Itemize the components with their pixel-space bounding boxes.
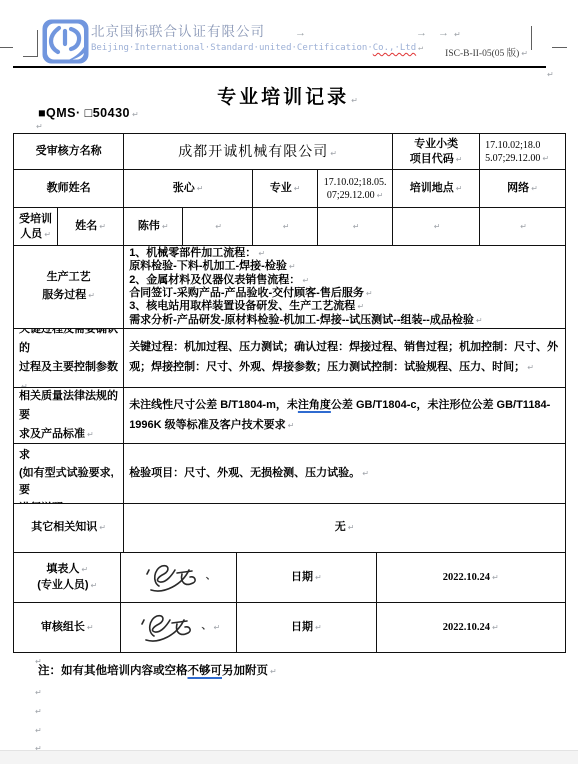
pilcrow-mark: ↵	[87, 623, 94, 632]
page-title: 专业培训记录↵	[0, 82, 578, 109]
trainee-empty-cell: ↵	[480, 208, 565, 245]
document-code: ISC-B-II-05(05 版)↵	[445, 45, 528, 59]
pilcrow-mark: ↵	[132, 110, 139, 119]
pilcrow-mark: ↵	[99, 523, 106, 532]
trainee-name-value: 陈伟↵	[124, 208, 183, 245]
audit-leader-label: 审核组长↵	[14, 603, 121, 652]
pilcrow-mark: ↵	[456, 155, 463, 164]
other-knowledge-label: 其它相关知识↵	[14, 504, 124, 552]
process-flow-content: 1、机械零部件加工流程：↵ 原料检验-下料-机加工-焊接-检验↵ 2、金属材料及…	[124, 246, 565, 328]
header-corner-mark-horizontal	[23, 56, 38, 57]
trainee-empty-cell: ↵	[318, 208, 393, 245]
table-row-audited-org: 受审核方名称 成都开诚机械有限公司↵ 专业小类 项目代码↵ 17.10.02;1…	[14, 134, 565, 170]
pilcrow-mark: ↵	[36, 122, 43, 131]
pilcrow-mark: ↵	[91, 581, 98, 590]
pilcrow-mark: ↵	[162, 222, 169, 231]
pilcrow-mark: ↵	[492, 623, 499, 632]
page-bottom-edge	[0, 750, 578, 764]
pilcrow-mark: ↵	[88, 291, 95, 300]
pilcrow-mark: ↵	[434, 221, 441, 233]
pilcrow-mark: ↵	[215, 221, 222, 233]
pilcrow-mark: ↵	[362, 469, 369, 478]
pilcrow-mark: ↵	[294, 184, 301, 193]
pilcrow-mark: ↵	[476, 316, 483, 325]
pilcrow-mark: ↵	[527, 363, 534, 372]
pilcrow-mark: ↵	[81, 565, 88, 574]
table-row-regulations: 相关质量法律法规的要求及产品标准↵ 未注线性尺寸公差 B/T1804-m，未注角…	[14, 388, 565, 444]
pilcrow-mark: ↵	[418, 43, 423, 52]
subcategory-code-label: 专业小类 项目代码↵	[393, 134, 480, 169]
pilcrow-mark: ↵	[289, 262, 296, 271]
table-row-teacher: 教师姓名 张心↵ 专业↵ 17.10.02;18.05. 07;29.12.00…	[14, 170, 565, 208]
tab-mark: →	[416, 27, 427, 39]
other-knowledge-content: 无↵	[124, 504, 565, 552]
spellcheck-underlined-text: 不够可	[188, 665, 223, 677]
audited-org-label: 受审核方名称	[14, 134, 124, 169]
major-label: 专业↵	[253, 170, 318, 207]
tab-mark: →	[438, 27, 449, 39]
spellcheck-underlined-text: 注角度	[298, 399, 331, 411]
pilcrow-mark: ↵	[87, 430, 94, 439]
major-code-value: 17.10.02;18.05. 07;29.12.00↵	[318, 170, 393, 207]
form-filler-date-label: 日期↵	[237, 553, 376, 602]
pilcrow-mark: ↵	[520, 221, 527, 233]
pilcrow-mark: ↵	[377, 191, 384, 200]
signature-comma: 、	[206, 570, 216, 585]
certification-logo-icon	[42, 19, 90, 65]
pilcrow-mark: ↵	[44, 230, 51, 239]
pilcrow-mark: ↵	[454, 30, 461, 39]
trainee-name-label: 姓名↵	[58, 208, 124, 245]
audit-leader-date-value: 2022.10.24↵	[377, 603, 565, 652]
left-margin-mark	[0, 47, 13, 48]
pilcrow-mark: ↵	[283, 221, 290, 233]
pilcrow-mark: ↵	[302, 276, 309, 285]
pilcrow-mark: ↵	[521, 49, 528, 58]
pilcrow-mark: ↵	[353, 221, 360, 233]
teacher-name-label: 教师姓名	[14, 170, 124, 207]
pilcrow-mark: ↵	[531, 184, 538, 193]
footer-note: 注：如有其他培训内容或空格不够可另加附页↵	[38, 662, 277, 678]
trainees-label: 受培训 人员↵	[14, 208, 58, 245]
process-flow-label: 生产工艺 服务过程↵	[14, 246, 124, 328]
pilcrow-mark: ↵	[35, 726, 42, 735]
form-filler-date-value: 2022.10.24↵	[377, 553, 565, 602]
pilcrow-mark: ↵	[197, 184, 204, 193]
right-margin-mark	[552, 47, 567, 48]
table-row-inspection: 检验和试验项目及要求(如有型式试验要求,要进行说明)↵ 检验项目：尺寸、外观、无…	[14, 444, 565, 504]
pilcrow-mark: ↵	[315, 623, 322, 632]
header-divider	[13, 66, 546, 68]
pilcrow-mark: ↵	[21, 382, 28, 387]
pilcrow-mark: ↵	[99, 222, 106, 231]
table-row-trainees: 受培训 人员↵ 姓名↵ 陈伟↵ ↵ ↵ ↵ ↵ ↵	[14, 208, 565, 246]
key-processes-content: 关键过程：机加过程、压力测试；确认过程：焊接过程、销售过程；机加控制：尺寸、外观…	[124, 329, 565, 387]
pilcrow-mark: ↵	[330, 149, 338, 158]
qms-checkbox-line: ■QMS· □50430↵	[38, 106, 139, 120]
teacher-name-value: 张心↵	[124, 170, 253, 207]
table-row-audit-leader: 审核组长↵ 、 ↵ 日期↵ 2022.10.24↵	[14, 603, 565, 652]
company-name-en: Beijing·International·Standard·united·Ce…	[91, 43, 423, 53]
pilcrow-mark: ↵	[258, 249, 265, 258]
pilcrow-mark: ↵	[357, 302, 364, 311]
form-filler-signature-cell: 、	[121, 553, 237, 602]
signature-scribble	[142, 561, 206, 595]
regulations-content: 未注线性尺寸公差 B/T1804-m，未注角度公差 GB/T1804-c，未注形…	[124, 388, 565, 443]
pilcrow-mark: ↵	[270, 667, 277, 676]
audited-org-value: 成都开诚机械有限公司↵	[124, 134, 393, 169]
regulations-label: 相关质量法律法规的要求及产品标准↵	[14, 388, 124, 443]
audit-leader-date-label: 日期↵	[237, 603, 376, 652]
table-row-other-knowledge: 其它相关知识↵ 无↵	[14, 504, 565, 553]
company-name-en-tail: Co.,·Ltd	[373, 43, 416, 53]
company-name-en-main: Beijing·International·Standard·united·Ce…	[91, 43, 373, 53]
audit-leader-signature-cell: 、 ↵	[121, 603, 237, 652]
company-logo	[42, 19, 90, 65]
form-filler-label: 填表人↵ (专业人员)↵	[14, 553, 121, 602]
pilcrow-mark: ↵	[351, 96, 361, 105]
table-row-form-filler: 填表人↵ (专业人员)↵ 、 日期↵ 2022.10.24↵	[14, 553, 565, 603]
pilcrow-mark: ↵	[35, 688, 42, 697]
trainee-empty-cell: ↵	[183, 208, 253, 245]
trainee-empty-cell: ↵	[253, 208, 318, 245]
subcategory-code-value: 17.10.02;18.0 5.07;29.12.00↵	[480, 134, 565, 169]
pilcrow-mark: ↵	[456, 184, 463, 193]
header-corner-mark-vertical	[37, 30, 38, 57]
right-margin-mark-vertical	[531, 26, 532, 50]
tab-mark: →	[295, 27, 306, 39]
signature-comma: 、	[201, 620, 211, 635]
pilcrow-mark: ↵	[35, 707, 42, 716]
document-page: 北京国标联合认证有限公司 Beijing·International·Stand…	[0, 0, 578, 764]
pilcrow-mark: ↵	[348, 523, 355, 532]
table-row-key-processes: 关键过程及需要确认的过程及主要控制参数↵ 关键过程：机加过程、压力测试；确认过程…	[14, 329, 565, 388]
trainee-empty-cell: ↵	[393, 208, 480, 245]
inspection-label: 检验和试验项目及要求(如有型式试验要求,要进行说明)↵	[14, 444, 124, 503]
key-processes-label: 关键过程及需要确认的过程及主要控制参数↵	[14, 329, 124, 387]
training-record-table: 受审核方名称 成都开诚机械有限公司↵ 专业小类 项目代码↵ 17.10.02;1…	[13, 133, 566, 653]
table-row-process-flow: 生产工艺 服务过程↵ 1、机械零部件加工流程：↵ 原料检验-下料-机加工-焊接-…	[14, 246, 565, 329]
pilcrow-mark: ↵	[492, 573, 499, 582]
pilcrow-mark: ↵	[213, 622, 220, 634]
pilcrow-mark: ↵	[288, 421, 295, 430]
inspection-content: 检验项目：尺寸、外观、无损检测、压力试验。↵	[124, 444, 565, 503]
pilcrow-mark: ↵	[315, 573, 322, 582]
pilcrow-mark: ↵	[366, 289, 373, 298]
pilcrow-mark: ↵	[542, 154, 549, 163]
training-place-label: 培训地点↵	[393, 170, 480, 207]
pilcrow-mark: ↵	[547, 70, 554, 79]
company-name-cn: 北京国标联合认证有限公司	[91, 20, 265, 40]
signature-scribble	[137, 611, 201, 645]
training-place-value: 网络↵	[480, 170, 565, 207]
